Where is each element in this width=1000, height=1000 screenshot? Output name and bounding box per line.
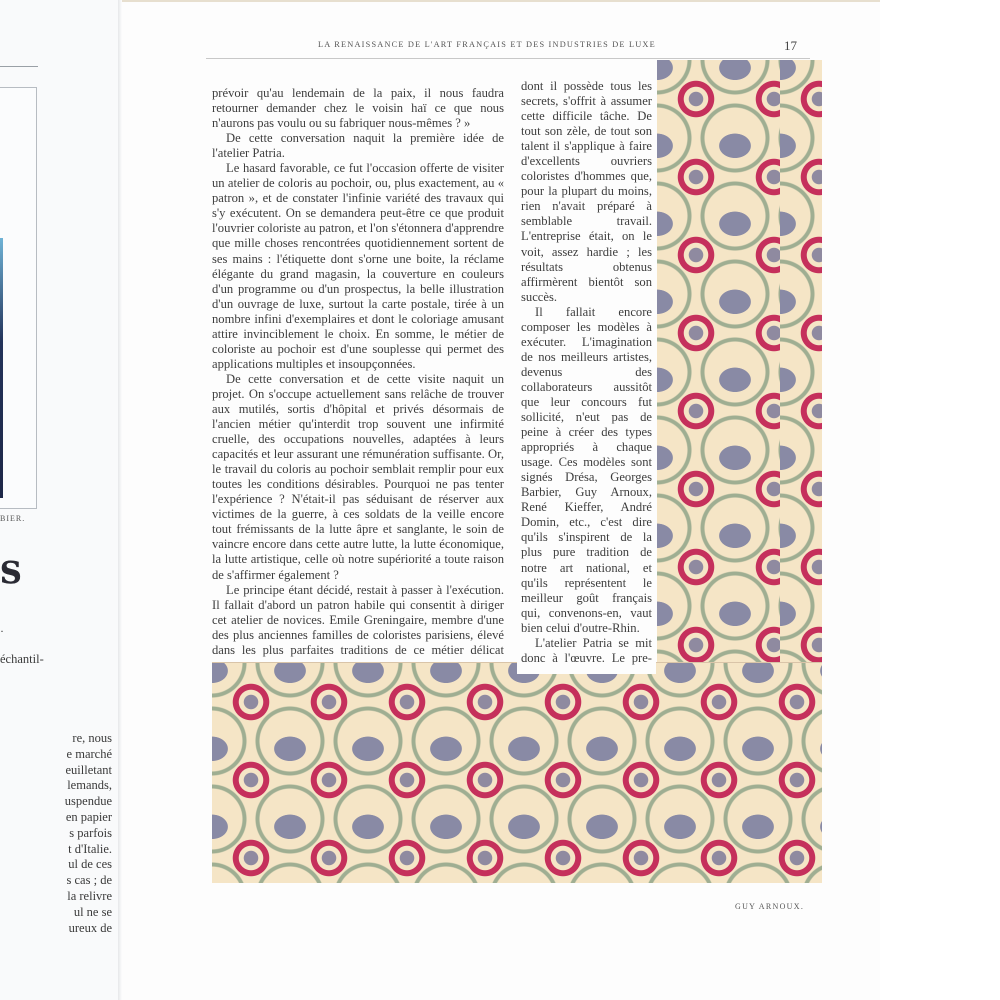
left-page-rule [0,66,38,67]
paragraph: prévoir qu'au lendemain de la paix, il n… [212,86,504,131]
left-text-line: t d'Italie. [0,842,112,858]
left-text-line: ul de ces [0,857,112,873]
left-text-line: re, nous [0,731,112,747]
paragraph: dont il possède tous les secrets, s'offr… [521,79,652,305]
paragraph: Il fallait encore composer les modèles à… [521,305,652,636]
paragraph: De cette conversation naquit la première… [212,131,504,161]
left-plate-caption: BIER. [0,514,25,523]
left-text-line: s cas ; de [0,873,112,889]
running-title: LA RENAISSANCE DE L'ART FRANÇAIS ET DES … [318,40,656,49]
plate-caption: GUY ARNOUX. [735,902,804,911]
left-text-line: ul ne se [0,905,112,921]
paragraph: De cette conversation et de cette visite… [212,372,504,583]
left-heading-fragment: S [0,556,22,591]
text-column-right: dont il possède tous les secrets, s'offr… [517,79,656,674]
left-line-fragment: échantil- [0,652,112,668]
left-page-fragment: BIER. S · échantil- re, nouse marchéeuil… [0,0,120,1000]
left-dot-fragment: · [0,624,4,639]
header-rule [206,58,810,59]
left-text-line: e marché [0,747,112,763]
left-text-line: ureux de [0,921,112,937]
left-text-line: euilletant [0,763,112,779]
left-plate-image-edge [0,238,3,498]
left-text-line: uspendue [0,794,112,810]
paragraph: L'atelier Patria se mit donc à l'œuvre. … [521,636,652,666]
pattern-swatch-band [212,662,822,883]
paragraph: Le principe étant décidé, restait à pass… [212,583,504,658]
left-text-line: la relivre [0,889,112,905]
text-column-left: prévoir qu'au lendemain de la paix, il n… [212,86,504,658]
left-text-line: s parfois [0,826,112,842]
left-text-line: en papier [0,810,112,826]
left-text-line: lemands, [0,778,112,794]
left-plate-frame [0,87,37,509]
page-number: 17 [784,38,797,54]
paragraph: Le hasard favorable, ce fut l'occasion o… [212,161,504,372]
